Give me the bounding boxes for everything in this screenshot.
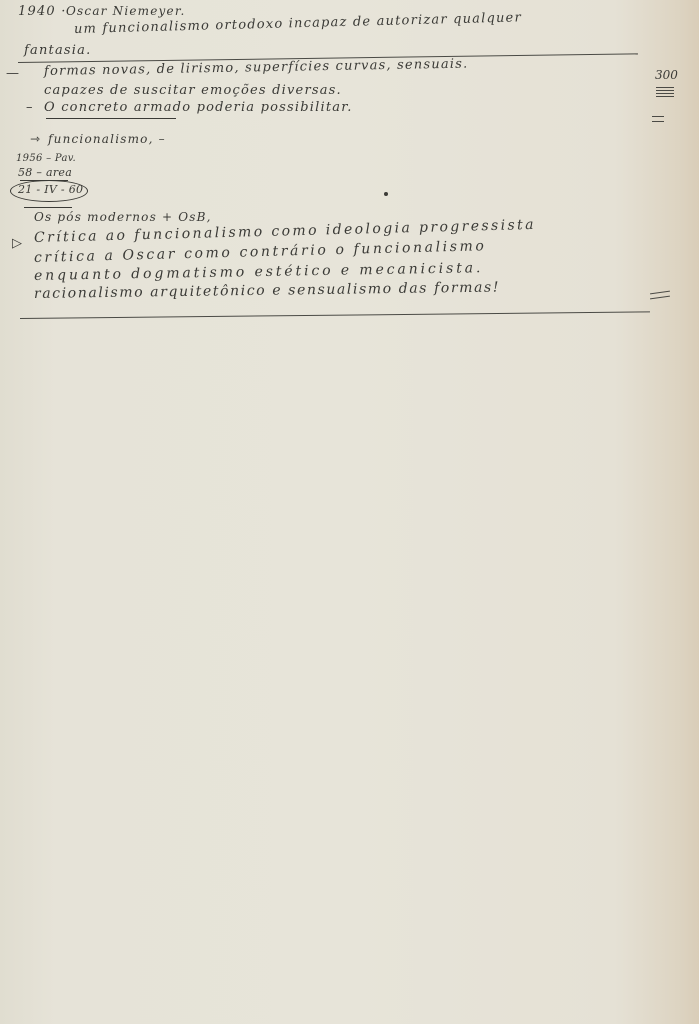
triangle-arrow-icon: ▷ (12, 236, 23, 251)
block4-line0: Os pós modernos + OsB, (34, 210, 212, 224)
notebook-page: 1940 · Oscar Niemeyer. um funcionalismo … (0, 0, 699, 1024)
margin-stack-line (656, 87, 674, 88)
block1-line2: fantasia. (24, 43, 91, 58)
divider-rule-2 (20, 311, 650, 319)
dash-mark: — (6, 66, 20, 81)
block2-line3: O concreto armado poderia possibilitar. (44, 100, 353, 115)
circled-date: 21 - IV - 60 (18, 183, 83, 196)
dash-mark: – (26, 100, 34, 115)
year-label: 1940 · (18, 4, 67, 19)
block3-arrow-line: funcionalismo, – (48, 132, 166, 146)
underline-concreto-armado (46, 118, 176, 119)
block3-note2: 58 – area (18, 166, 72, 179)
margin-stack-line (656, 93, 674, 94)
short-rule (24, 207, 72, 208)
end-mark-line (650, 296, 670, 300)
architect-name: Oscar Niemeyer. (66, 4, 185, 18)
block3-note1: 1956 – Pav. (16, 153, 76, 164)
block2-line2: capazes de suscitar emoções diversas. (44, 83, 342, 98)
arrow-icon: ⇾ (30, 132, 41, 146)
margin-dash (652, 116, 664, 117)
margin-number: 300 (655, 68, 678, 82)
ink-dot (384, 192, 388, 196)
margin-stack-line (656, 96, 674, 97)
end-mark-line (650, 291, 670, 295)
margin-dash (652, 121, 664, 122)
margin-stack-line (656, 90, 674, 91)
block4-line4: racionalismo arquitetônico e sensualismo… (34, 279, 500, 302)
